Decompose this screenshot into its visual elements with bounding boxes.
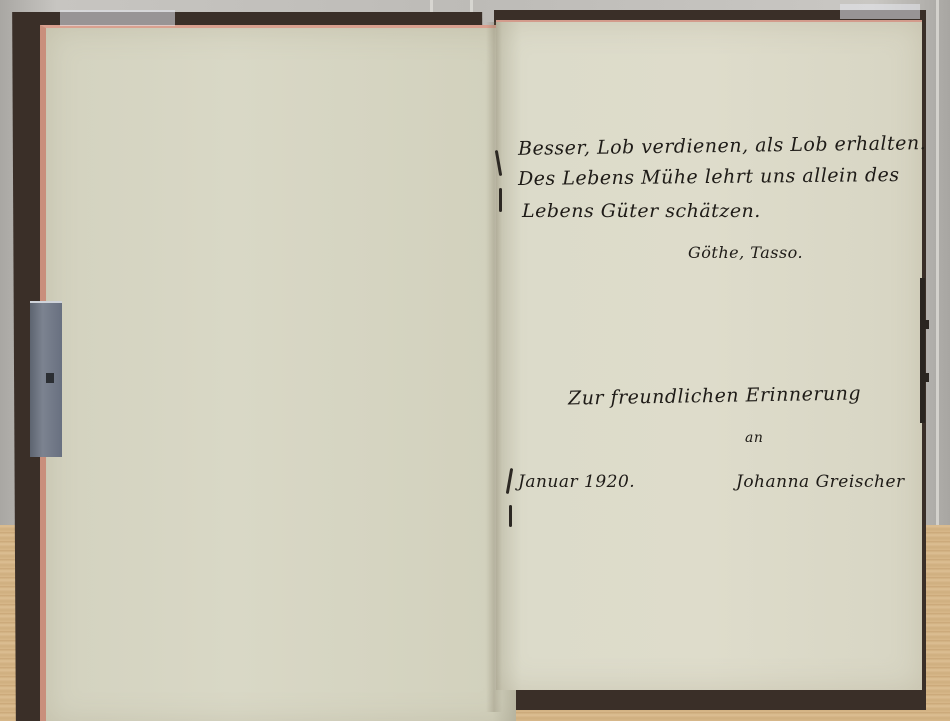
quote-line-2: Des Lebens Mühe lehrt uns allein des [518,164,900,190]
clasp-catch [920,278,925,423]
tape-strip [60,10,175,26]
left-page [40,25,516,721]
quote-attribution: Göthe, Tasso. [688,243,803,262]
book-gutter [486,22,502,712]
quote-line-3: Lebens Güter schätzen. [522,200,761,222]
tape-strip [840,4,920,19]
right-page [496,20,922,690]
dedication-an: an [745,430,763,446]
date: Januar 1920. [518,472,635,492]
signature: Johanna Greischer [736,472,905,492]
metal-clasp-icon [30,301,62,457]
clasp-catch-tab [920,373,929,382]
binding-stitch [499,188,502,212]
binding-stitch [509,505,512,527]
clasp-catch-tab [920,320,929,329]
wall-panel-line [936,0,939,540]
clasp-hole [46,373,54,383]
